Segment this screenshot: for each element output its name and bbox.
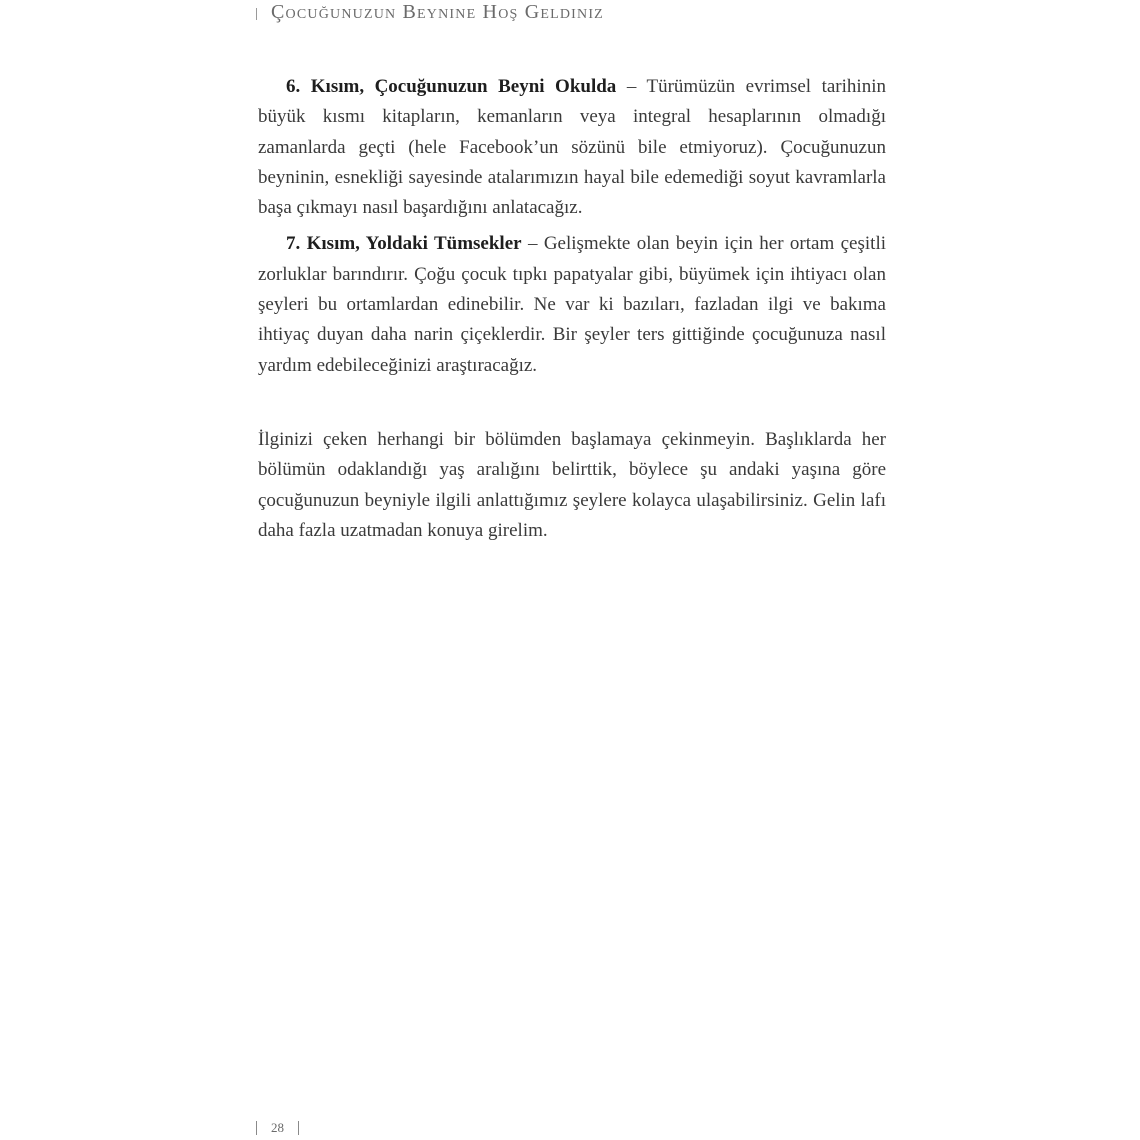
folio-divider-right (298, 1121, 299, 1135)
running-header: Çocuğunuzun Beynine Hoş Geldiniz (256, 0, 604, 24)
section-paragraph-7: 7. Kısım, Yoldaki Tümsekler – Gelişmekte… (258, 229, 886, 380)
section-heading: 7. Kısım, Yoldaki Tümsekler (286, 233, 522, 254)
running-title: Çocuğunuzun Beynine Hoş Geldiniz (271, 1, 604, 24)
page-footer: 28 (256, 1120, 299, 1136)
section-paragraph-6: 6. Kısım, Çocuğunuzun Beyni Okulda – Tür… (258, 72, 886, 223)
header-divider (256, 8, 257, 20)
folio-divider-left (256, 1121, 257, 1135)
em-dash: – (616, 76, 646, 97)
section-heading: 6. Kısım, Çocuğunuzun Beyni Okulda (286, 76, 616, 97)
em-dash: – (522, 233, 544, 254)
closing-paragraph: İlginizi çeken herhangi bir bölümden baş… (258, 425, 886, 546)
section-body: Gelişmekte olan beyin için her ortam çeş… (258, 233, 886, 375)
page-body: 6. Kısım, Çocuğunuzun Beyni Okulda – Tür… (258, 72, 886, 546)
page-number: 28 (271, 1120, 284, 1136)
section-body: Türümüzün evrimsel tarihinin büyük kısmı… (258, 76, 886, 218)
